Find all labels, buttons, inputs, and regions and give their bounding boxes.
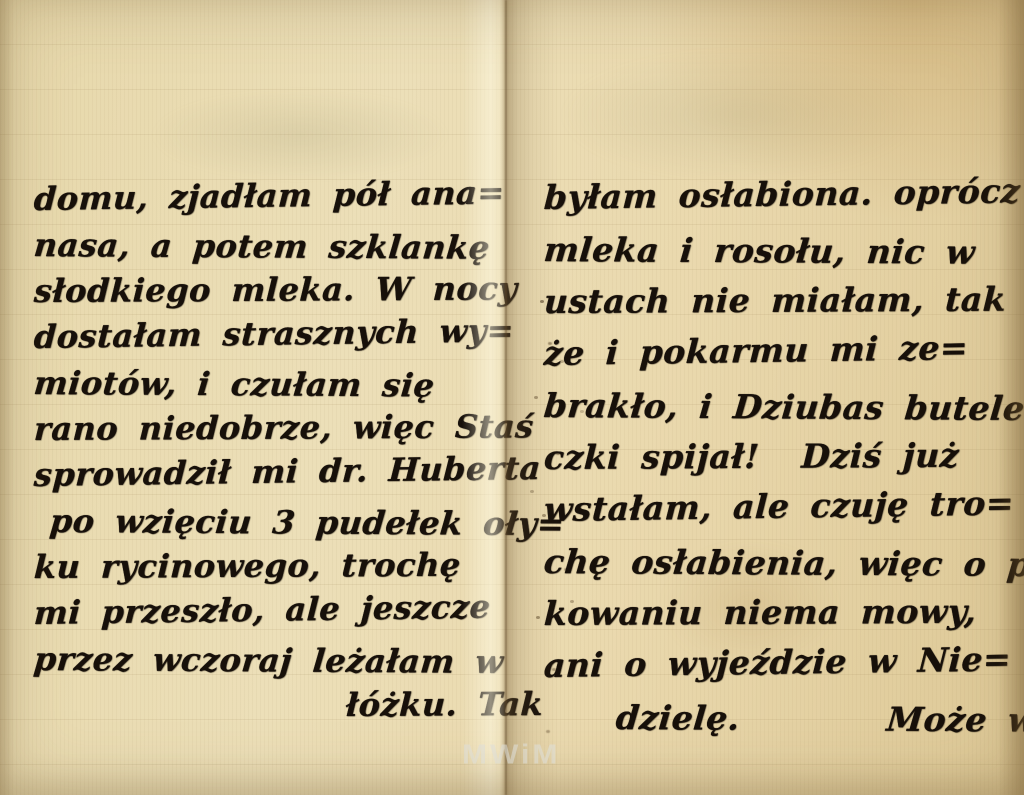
handwriting-line: przez wczoraj leżałam w bbox=[32, 636, 498, 685]
left-page: domu, zjadłam pół ana= nasa, a potem szk… bbox=[34, 176, 496, 728]
handwriting-line: mi przeszło, ale jeszcze bbox=[33, 584, 498, 636]
right-page: byłam osłabiona. oprócz mleka i rosołu, … bbox=[544, 172, 1018, 744]
handwriting-line: słodkiego mleka. W nocy bbox=[33, 266, 497, 314]
handwriting-line: chę osłabienia, więc o pa= bbox=[542, 536, 1021, 591]
page-edge-shadow bbox=[0, 0, 14, 795]
archive-watermark: MWiM bbox=[462, 739, 560, 770]
handwriting-line: kowaniu niema mowy, bbox=[543, 586, 1019, 640]
handwriting-line: łóżku. Tak bbox=[345, 681, 497, 728]
handwriting-line: wstałam, ale czuję tro= bbox=[543, 477, 1020, 536]
handwriting-line: miotów, i czułam się bbox=[32, 360, 498, 409]
gutter-crease-line bbox=[505, 0, 507, 795]
ink-bleedthrough-mark bbox=[150, 90, 450, 180]
handwriting-line: czki spijał! Dziś już bbox=[543, 430, 1019, 484]
ink-bleedthrough-mark bbox=[560, 50, 920, 180]
handwriting-line: sprowadził mi dr. Huberta bbox=[33, 446, 498, 498]
handwriting-line: dostałam strasznych wy= bbox=[33, 308, 498, 360]
handwriting-line: byłam osłabiona. oprócz bbox=[543, 165, 1020, 224]
handwriting-line: rano niedobrze, więc Staś bbox=[33, 404, 497, 452]
handwriting-line: domu, zjadłam pół ana= bbox=[33, 170, 498, 222]
handwriting-line: brakło, i Dziubas butele= bbox=[542, 380, 1021, 435]
handwriting-line: nasa, a potem szklankę bbox=[32, 222, 498, 271]
handwriting-line: dzielę. Może w Wtorek bbox=[614, 692, 1021, 746]
handwriting-line: mleka i rosołu, nic w bbox=[542, 224, 1021, 279]
handwriting-line: ustach nie miałam, tak bbox=[543, 274, 1019, 328]
handwriting-line: ani o wyjeździe w Nie= bbox=[543, 633, 1020, 692]
handwriting-line: ku rycinowego, trochę bbox=[33, 542, 497, 590]
handwriting-line: że i pokarmu mi ze= bbox=[543, 321, 1020, 380]
letter-scan: domu, zjadłam pół ana= nasa, a potem szk… bbox=[0, 0, 1024, 795]
handwriting-line: po wzięciu 3 pudełek oły= bbox=[48, 498, 498, 547]
